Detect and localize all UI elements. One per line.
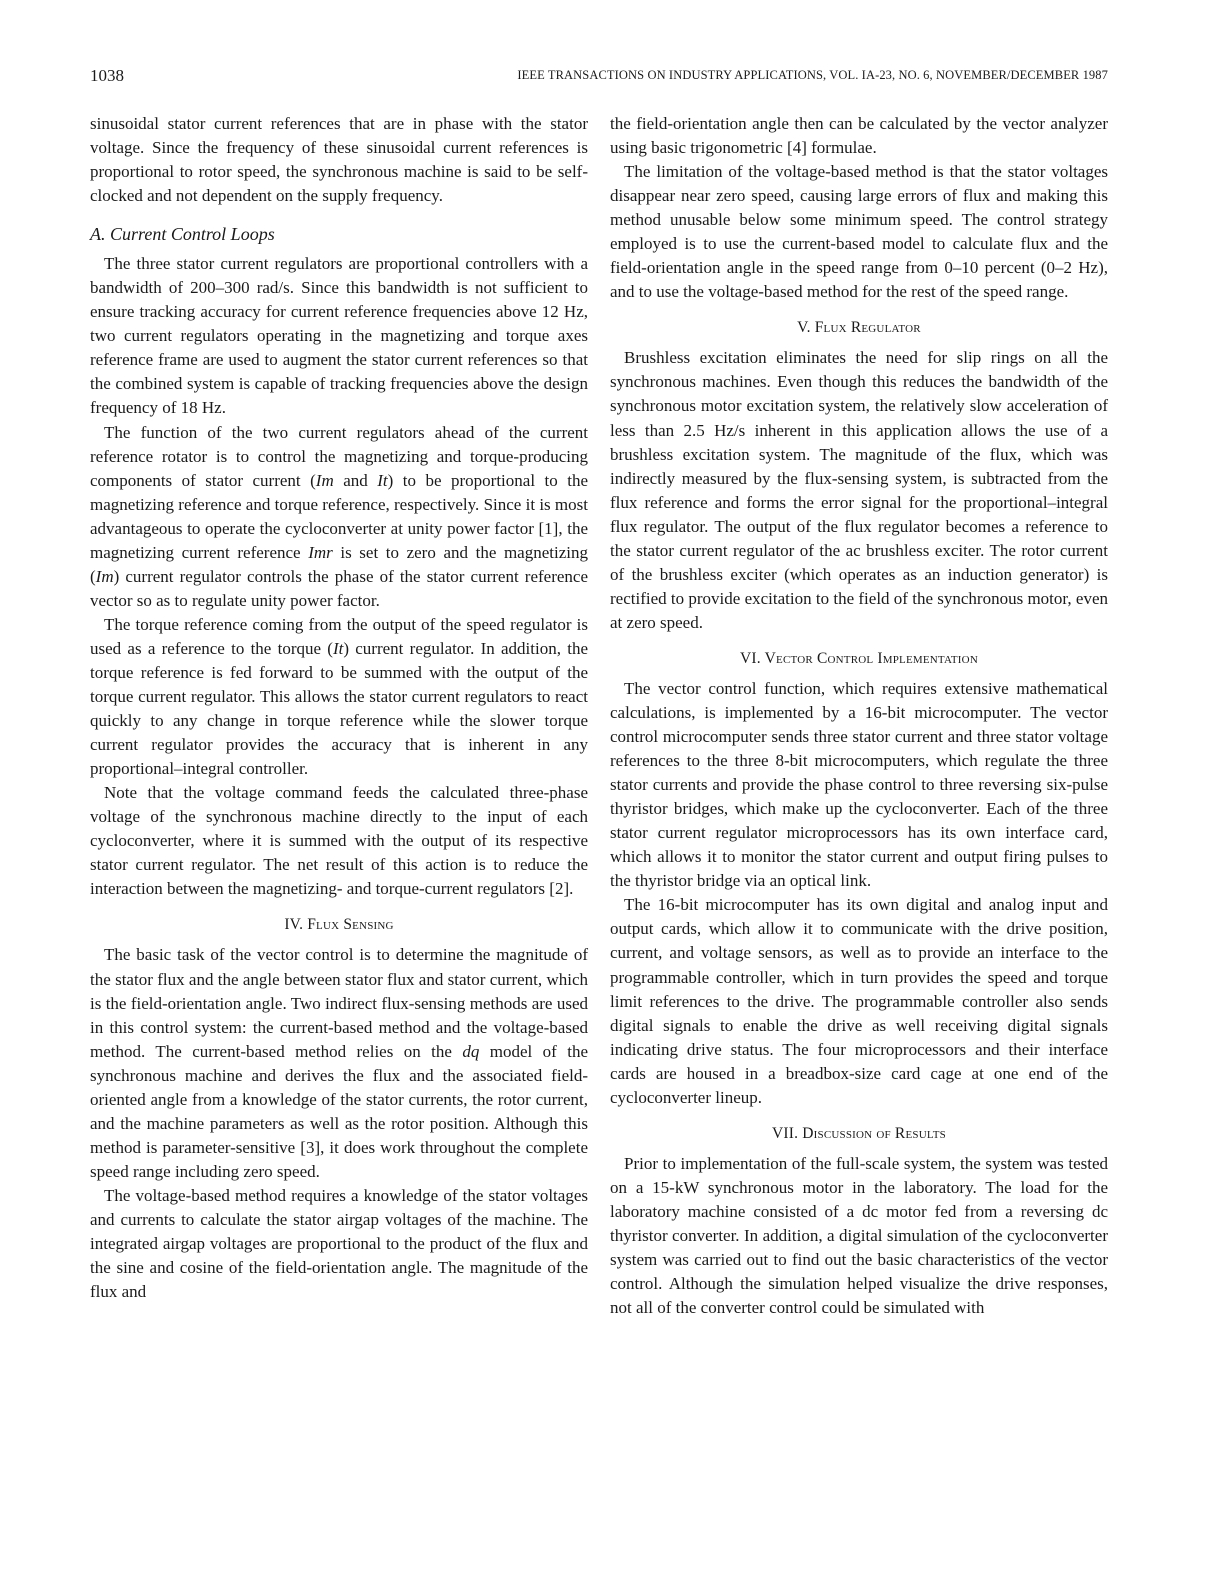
paragraph: The voltage-based method requires a know… [90, 1184, 588, 1304]
running-header: 1038 IEEE TRANSACTIONS ON INDUSTRY APPLI… [90, 66, 1108, 88]
page-number: 1038 [90, 66, 124, 86]
paragraph-intro: sinusoidal stator current references tha… [90, 112, 588, 208]
journal-title: IEEE TRANSACTIONS ON INDUSTRY APPLICATIO… [517, 68, 1108, 83]
right-column: the field-orientation angle then can be … [610, 112, 1108, 1320]
section-heading-flux-sensing: IV. Flux Sensing [90, 913, 588, 937]
paragraph-continued: the field-orientation angle then can be … [610, 112, 1108, 160]
paragraph: The 16-bit microcomputer has its own dig… [610, 893, 1108, 1109]
left-column: sinusoidal stator current references tha… [90, 112, 588, 1304]
section-heading-discussion-of-results: VII. Discussion of Results [610, 1122, 1108, 1146]
paragraph: Prior to implementation of the full-scal… [610, 1152, 1108, 1320]
math-symbol: Im [96, 567, 114, 586]
subsection-heading-current-control-loops: A. Current Control Loops [90, 222, 588, 246]
math-symbol: Imr [308, 543, 333, 562]
section-heading-vector-control-implementation: VI. Vector Control Implementation [610, 647, 1108, 671]
paragraph: The torque reference coming from the out… [90, 613, 588, 781]
math-symbol: It [333, 639, 343, 658]
paragraph: Note that the voltage command feeds the … [90, 781, 588, 901]
math-symbol: Im [316, 471, 334, 490]
math-symbol: It [377, 471, 387, 490]
paragraph: The vector control function, which requi… [610, 677, 1108, 893]
paragraph: The three stator current regulators are … [90, 252, 588, 420]
section-heading-flux-regulator: V. Flux Regulator [610, 316, 1108, 340]
paragraph: Brushless excitation eliminates the need… [610, 346, 1108, 635]
paragraph: The basic task of the vector control is … [90, 943, 588, 1183]
paragraph: The function of the two current regulato… [90, 421, 588, 613]
paragraph: The limitation of the voltage-based meth… [610, 160, 1108, 304]
math-symbol: dq [462, 1042, 479, 1061]
